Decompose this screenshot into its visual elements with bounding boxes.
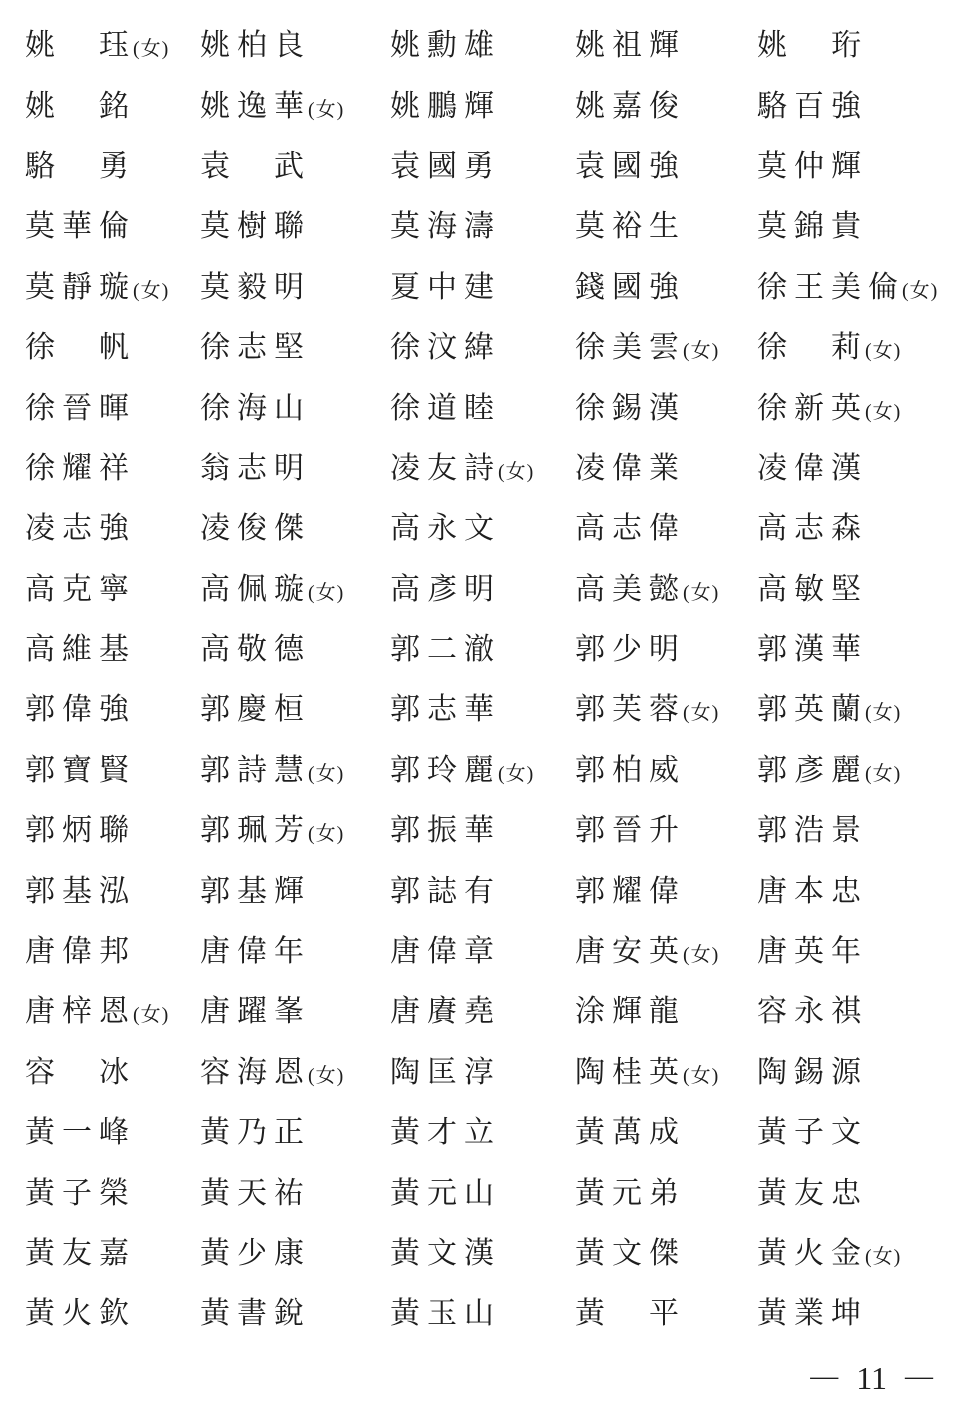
- name-cell: 郭振華: [390, 805, 575, 849]
- female-suffix: (女): [683, 582, 719, 604]
- person-name: 凌偉漢: [757, 452, 868, 485]
- person-name: 袁國強: [575, 150, 686, 183]
- name-cell: 郭基泓: [25, 866, 200, 910]
- person-name: 郭基泓: [25, 875, 136, 908]
- name-cell: 黃一峰: [25, 1107, 200, 1151]
- name-cell: 高敏堅: [757, 564, 939, 608]
- name-cell: 凌俊傑: [200, 503, 390, 547]
- name-cell: 姚嘉俊: [575, 81, 757, 125]
- person-name: 陶錫源: [757, 1056, 868, 1089]
- name-cell: 容 冰: [25, 1047, 200, 1091]
- name-cell: 黃文傑: [575, 1228, 757, 1272]
- name-cell: 莫海濤: [390, 201, 575, 245]
- name-cell: 徐志堅: [200, 322, 390, 366]
- name-cell: 徐 莉(女): [757, 322, 939, 366]
- page-footer: — 11 —: [810, 1360, 933, 1397]
- person-name: 黃火欽: [25, 1297, 136, 1330]
- person-name: 郭誌有: [390, 875, 501, 908]
- name-cell: 郭珮芳(女): [200, 805, 390, 849]
- name-row: 徐晉暉徐海山徐道睦徐錫漢徐新英(女): [25, 374, 939, 434]
- female-suffix: (女): [865, 401, 901, 423]
- person-name: 黃業坤: [757, 1297, 868, 1330]
- person-name: 莫華倫: [25, 210, 136, 243]
- name-row: 徐 帆徐志堅徐汶緯徐美雲(女)徐 莉(女): [25, 314, 939, 374]
- person-name: 姚祖輝: [575, 29, 686, 62]
- name-row: 黃友嘉黃少康黃文漢黃文傑黃火金(女): [25, 1220, 939, 1280]
- person-name: 唐偉邦: [25, 935, 136, 968]
- name-cell: 黃 平: [575, 1288, 757, 1332]
- person-name: 黃元山: [390, 1177, 501, 1210]
- name-cell: 郭浩景: [757, 805, 939, 849]
- female-suffix: (女): [865, 1246, 901, 1268]
- person-name: 夏中建: [390, 271, 501, 304]
- person-name: 凌俊傑: [200, 512, 311, 545]
- name-cell: 高敬德: [200, 624, 390, 668]
- female-suffix: (女): [498, 461, 534, 483]
- person-name: 郭芙蓉: [575, 693, 686, 726]
- name-cell: 姚 銘: [25, 81, 200, 125]
- person-name: 黃文漢: [390, 1237, 501, 1270]
- person-name: 唐賡堯: [390, 995, 501, 1028]
- person-name: 駱 勇: [25, 150, 136, 183]
- female-suffix: (女): [308, 823, 344, 845]
- name-row: 郭寶賢郭詩慧(女)郭玲麗(女)郭柏威郭彥麗(女): [25, 737, 939, 797]
- person-name: 黃元弟: [575, 1177, 686, 1210]
- person-name: 唐梓恩: [25, 995, 136, 1028]
- person-name: 姚 珩: [757, 29, 868, 62]
- person-name: 黃友嘉: [25, 1237, 136, 1270]
- female-suffix: (女): [865, 702, 901, 724]
- name-cell: 黃業坤: [757, 1288, 939, 1332]
- name-cell: 翁志明: [200, 443, 390, 487]
- name-cell: 郭玲麗(女): [390, 745, 575, 789]
- person-name: 高永文: [390, 512, 501, 545]
- name-cell: 莫毅明: [200, 262, 390, 306]
- name-cell: 莫裕生: [575, 201, 757, 245]
- person-name: 姚逸華: [200, 90, 311, 123]
- female-suffix: (女): [865, 763, 901, 785]
- page-number: 11: [856, 1360, 887, 1397]
- name-cell: 凌偉業: [575, 443, 757, 487]
- name-cell: 郭志華: [390, 684, 575, 728]
- name-cell: 黃天祐: [200, 1168, 390, 1212]
- person-name: 黃才立: [390, 1116, 501, 1149]
- name-cell: 姚 珏(女): [25, 20, 200, 64]
- person-name: 黃乃正: [200, 1116, 311, 1149]
- person-name: 郭志華: [390, 693, 501, 726]
- name-cell: 郭耀偉: [575, 866, 757, 910]
- name-cell: 涂輝龍: [575, 986, 757, 1030]
- name-cell: 郭彥麗(女): [757, 745, 939, 789]
- person-name: 郭基輝: [200, 875, 311, 908]
- name-row: 唐偉邦唐偉年唐偉章唐安英(女)唐英年: [25, 918, 939, 978]
- person-name: 高佩璇: [200, 573, 311, 606]
- female-suffix: (女): [683, 1065, 719, 1087]
- person-name: 郭偉強: [25, 693, 136, 726]
- person-name: 徐美雲: [575, 331, 686, 364]
- name-row: 凌志強凌俊傑高永文高志偉高志森: [25, 495, 939, 555]
- name-cell: 郭少明: [575, 624, 757, 668]
- person-name: 姚 珏: [25, 29, 136, 62]
- name-cell: 唐英年: [757, 926, 939, 970]
- person-name: 郭彥麗: [757, 754, 868, 787]
- person-name: 唐偉年: [200, 935, 311, 968]
- name-cell: 高維基: [25, 624, 200, 668]
- person-name: 黃玉山: [390, 1297, 501, 1330]
- name-cell: 駱 勇: [25, 141, 200, 185]
- person-name: 黃萬成: [575, 1116, 686, 1149]
- person-name: 徐汶緯: [390, 331, 501, 364]
- female-suffix: (女): [133, 1004, 169, 1026]
- footer-left-dash: —: [810, 1361, 838, 1393]
- name-cell: 高志森: [757, 503, 939, 547]
- name-cell: 郭誌有: [390, 866, 575, 910]
- person-name: 徐錫漢: [575, 392, 686, 425]
- name-cell: 駱百強: [757, 81, 939, 125]
- name-row: 黃一峰黃乃正黃才立黃萬成黃子文: [25, 1099, 939, 1159]
- person-name: 陶桂英: [575, 1056, 686, 1089]
- name-cell: 姚勳雄: [390, 20, 575, 64]
- name-row: 徐耀祥翁志明凌友詩(女)凌偉業凌偉漢: [25, 435, 939, 495]
- name-row: 容 冰容海恩(女)陶匡淳陶桂英(女)陶錫源: [25, 1039, 939, 1099]
- name-cell: 姚鵬輝: [390, 81, 575, 125]
- name-cell: 徐錫漢: [575, 383, 757, 427]
- person-name: 徐新英: [757, 392, 868, 425]
- name-cell: 徐耀祥: [25, 443, 200, 487]
- name-cell: 莫錦貴: [757, 201, 939, 245]
- female-suffix: (女): [308, 99, 344, 121]
- name-cell: 黃少康: [200, 1228, 390, 1272]
- person-name: 郭英蘭: [757, 693, 868, 726]
- document-page: 姚 珏(女)姚柏良姚勳雄姚祖輝姚 珩姚 銘姚逸華(女)姚鵬輝姚嘉俊駱百強駱 勇袁…: [0, 0, 959, 1417]
- name-row: 莫華倫莫樹聯莫海濤莫裕生莫錦貴: [25, 193, 939, 253]
- person-name: 姚 銘: [25, 90, 136, 123]
- person-name: 郭詩慧: [200, 754, 311, 787]
- person-name: 莫仲輝: [757, 150, 868, 183]
- name-cell: 容永祺: [757, 986, 939, 1030]
- person-name: 高克寧: [25, 573, 136, 606]
- name-cell: 姚祖輝: [575, 20, 757, 64]
- name-cell: 郭基輝: [200, 866, 390, 910]
- person-name: 高志偉: [575, 512, 686, 545]
- name-cell: 郭炳聯: [25, 805, 200, 849]
- person-name: 莫裕生: [575, 210, 686, 243]
- person-name: 黃友忠: [757, 1177, 868, 1210]
- name-cell: 郭慶桓: [200, 684, 390, 728]
- name-cell: 黃火欽: [25, 1288, 200, 1332]
- person-name: 唐英年: [757, 935, 868, 968]
- person-name: 黃火金: [757, 1237, 868, 1270]
- name-cell: 郭偉強: [25, 684, 200, 728]
- person-name: 郭少明: [575, 633, 686, 666]
- person-name: 郭耀偉: [575, 875, 686, 908]
- female-suffix: (女): [133, 280, 169, 302]
- name-cell: 郭柏威: [575, 745, 757, 789]
- name-cell: 徐海山: [200, 383, 390, 427]
- person-name: 郭珮芳: [200, 814, 311, 847]
- person-name: 郭振華: [390, 814, 501, 847]
- name-cell: 黃文漢: [390, 1228, 575, 1272]
- name-cell: 唐躍峯: [200, 986, 390, 1030]
- name-row: 姚 銘姚逸華(女)姚鵬輝姚嘉俊駱百強: [25, 72, 939, 132]
- name-cell: 黃子榮: [25, 1168, 200, 1212]
- name-cell: 姚 珩: [757, 20, 939, 64]
- person-name: 徐海山: [200, 392, 311, 425]
- person-name: 唐躍峯: [200, 995, 311, 1028]
- person-name: 郭二澈: [390, 633, 501, 666]
- person-name: 徐 帆: [25, 331, 136, 364]
- person-name: 袁 武: [200, 150, 311, 183]
- name-cell: 徐晉暉: [25, 383, 200, 427]
- name-cell: 高彥明: [390, 564, 575, 608]
- name-cell: 黃萬成: [575, 1107, 757, 1151]
- name-cell: 郭寶賢: [25, 745, 200, 789]
- name-row: 郭炳聯郭珮芳(女)郭振華郭晉升郭浩景: [25, 797, 939, 857]
- name-cell: 徐新英(女): [757, 383, 939, 427]
- female-suffix: (女): [133, 38, 169, 60]
- person-name: 郭炳聯: [25, 814, 136, 847]
- name-cell: 黃元山: [390, 1168, 575, 1212]
- name-cell: 郭芙蓉(女): [575, 684, 757, 728]
- name-cell: 陶桂英(女): [575, 1047, 757, 1091]
- name-cell: 郭二澈: [390, 624, 575, 668]
- name-cell: 唐梓恩(女): [25, 986, 200, 1030]
- person-name: 黃書銳: [200, 1297, 311, 1330]
- person-name: 郭柏威: [575, 754, 686, 787]
- name-cell: 高克寧: [25, 564, 200, 608]
- person-name: 黃一峰: [25, 1116, 136, 1149]
- name-row: 姚 珏(女)姚柏良姚勳雄姚祖輝姚 珩: [25, 12, 939, 72]
- name-cell: 郭晉升: [575, 805, 757, 849]
- name-cell: 陶匡淳: [390, 1047, 575, 1091]
- person-name: 黃子榮: [25, 1177, 136, 1210]
- name-cell: 錢國強: [575, 262, 757, 306]
- name-cell: 黃才立: [390, 1107, 575, 1151]
- person-name: 高敏堅: [757, 573, 868, 606]
- name-row: 黃火欽黃書銳黃玉山黃 平黃業坤: [25, 1280, 939, 1340]
- person-name: 姚柏良: [200, 29, 311, 62]
- person-name: 唐安英: [575, 935, 686, 968]
- person-name: 凌偉業: [575, 452, 686, 485]
- person-name: 凌志強: [25, 512, 136, 545]
- person-name: 徐耀祥: [25, 452, 136, 485]
- person-name: 莫靜璇: [25, 271, 136, 304]
- person-name: 唐本忠: [757, 875, 868, 908]
- female-suffix: (女): [902, 280, 938, 302]
- name-row: 黃子榮黃天祐黃元山黃元弟黃友忠: [25, 1159, 939, 1219]
- name-list: 姚 珏(女)姚柏良姚勳雄姚祖輝姚 珩姚 銘姚逸華(女)姚鵬輝姚嘉俊駱百強駱 勇袁…: [25, 12, 939, 1341]
- female-suffix: (女): [683, 702, 719, 724]
- name-cell: 徐王美倫(女): [757, 262, 939, 306]
- person-name: 唐偉章: [390, 935, 501, 968]
- name-cell: 莫仲輝: [757, 141, 939, 185]
- name-cell: 容海恩(女): [200, 1047, 390, 1091]
- person-name: 莫樹聯: [200, 210, 311, 243]
- person-name: 涂輝龍: [575, 995, 686, 1028]
- person-name: 徐志堅: [200, 331, 311, 364]
- name-cell: 郭英蘭(女): [757, 684, 939, 728]
- name-row: 郭基泓郭基輝郭誌有郭耀偉唐本忠: [25, 857, 939, 917]
- name-cell: 郭詩慧(女): [200, 745, 390, 789]
- name-cell: 徐道睦: [390, 383, 575, 427]
- person-name: 姚嘉俊: [575, 90, 686, 123]
- name-cell: 高美懿(女): [575, 564, 757, 608]
- female-suffix: (女): [683, 340, 719, 362]
- name-cell: 黃乃正: [200, 1107, 390, 1151]
- name-cell: 陶錫源: [757, 1047, 939, 1091]
- person-name: 郭玲麗: [390, 754, 501, 787]
- person-name: 莫毅明: [200, 271, 311, 304]
- name-cell: 凌志強: [25, 503, 200, 547]
- name-cell: 唐安英(女): [575, 926, 757, 970]
- person-name: 容 冰: [25, 1056, 136, 1089]
- name-cell: 黃子文: [757, 1107, 939, 1151]
- person-name: 容永祺: [757, 995, 868, 1028]
- name-cell: 黃玉山: [390, 1288, 575, 1332]
- name-row: 駱 勇袁 武袁國勇袁國強莫仲輝: [25, 133, 939, 193]
- female-suffix: (女): [308, 582, 344, 604]
- name-cell: 姚柏良: [200, 20, 390, 64]
- person-name: 郭漢華: [757, 633, 868, 666]
- footer-right-dash: —: [905, 1361, 933, 1393]
- person-name: 黃文傑: [575, 1237, 686, 1270]
- name-cell: 袁國勇: [390, 141, 575, 185]
- name-row: 高克寧高佩璇(女)高彥明高美懿(女)高敏堅: [25, 556, 939, 616]
- person-name: 姚鵬輝: [390, 90, 501, 123]
- name-cell: 莫樹聯: [200, 201, 390, 245]
- person-name: 容海恩: [200, 1056, 311, 1089]
- person-name: 郭寶賢: [25, 754, 136, 787]
- person-name: 凌友詩: [390, 452, 501, 485]
- person-name: 袁國勇: [390, 150, 501, 183]
- name-cell: 黃元弟: [575, 1168, 757, 1212]
- person-name: 高敬德: [200, 633, 311, 666]
- person-name: 駱百強: [757, 90, 868, 123]
- name-cell: 高志偉: [575, 503, 757, 547]
- person-name: 黃子文: [757, 1116, 868, 1149]
- person-name: 郭浩景: [757, 814, 868, 847]
- name-cell: 袁 武: [200, 141, 390, 185]
- name-cell: 唐賡堯: [390, 986, 575, 1030]
- female-suffix: (女): [498, 763, 534, 785]
- name-cell: 凌偉漢: [757, 443, 939, 487]
- name-cell: 唐偉年: [200, 926, 390, 970]
- name-cell: 黃書銳: [200, 1288, 390, 1332]
- name-row: 郭偉強郭慶桓郭志華郭芙蓉(女)郭英蘭(女): [25, 676, 939, 736]
- person-name: 高彥明: [390, 573, 501, 606]
- person-name: 徐 莉: [757, 331, 868, 364]
- person-name: 黃 平: [575, 1297, 686, 1330]
- person-name: 莫錦貴: [757, 210, 868, 243]
- person-name: 徐道睦: [390, 392, 501, 425]
- person-name: 高維基: [25, 633, 136, 666]
- name-cell: 唐偉章: [390, 926, 575, 970]
- name-cell: 姚逸華(女): [200, 81, 390, 125]
- name-cell: 黃友忠: [757, 1168, 939, 1212]
- name-cell: 唐偉邦: [25, 926, 200, 970]
- name-cell: 黃友嘉: [25, 1228, 200, 1272]
- person-name: 莫海濤: [390, 210, 501, 243]
- female-suffix: (女): [308, 763, 344, 785]
- person-name: 高美懿: [575, 573, 686, 606]
- female-suffix: (女): [865, 340, 901, 362]
- name-row: 莫靜璇(女)莫毅明夏中建錢國強徐王美倫(女): [25, 254, 939, 314]
- person-name: 高志森: [757, 512, 868, 545]
- name-cell: 徐美雲(女): [575, 322, 757, 366]
- person-name: 郭晉升: [575, 814, 686, 847]
- name-cell: 莫靜璇(女): [25, 262, 200, 306]
- female-suffix: (女): [308, 1065, 344, 1087]
- person-name: 郭慶桓: [200, 693, 311, 726]
- person-name: 黃天祐: [200, 1177, 311, 1210]
- name-cell: 高永文: [390, 503, 575, 547]
- name-cell: 高佩璇(女): [200, 564, 390, 608]
- name-row: 唐梓恩(女)唐躍峯唐賡堯涂輝龍容永祺: [25, 978, 939, 1038]
- name-cell: 郭漢華: [757, 624, 939, 668]
- female-suffix: (女): [683, 944, 719, 966]
- name-cell: 凌友詩(女): [390, 443, 575, 487]
- person-name: 黃少康: [200, 1237, 311, 1270]
- person-name: 翁志明: [200, 452, 311, 485]
- name-cell: 莫華倫: [25, 201, 200, 245]
- name-cell: 袁國強: [575, 141, 757, 185]
- name-cell: 黃火金(女): [757, 1228, 939, 1272]
- person-name: 徐晉暉: [25, 392, 136, 425]
- person-name: 徐王美倫: [757, 271, 905, 304]
- name-cell: 徐 帆: [25, 322, 200, 366]
- name-cell: 唐本忠: [757, 866, 939, 910]
- person-name: 錢國強: [575, 271, 686, 304]
- person-name: 姚勳雄: [390, 29, 501, 62]
- person-name: 陶匡淳: [390, 1056, 501, 1089]
- name-cell: 夏中建: [390, 262, 575, 306]
- name-cell: 徐汶緯: [390, 322, 575, 366]
- name-row: 高維基高敬德郭二澈郭少明郭漢華: [25, 616, 939, 676]
